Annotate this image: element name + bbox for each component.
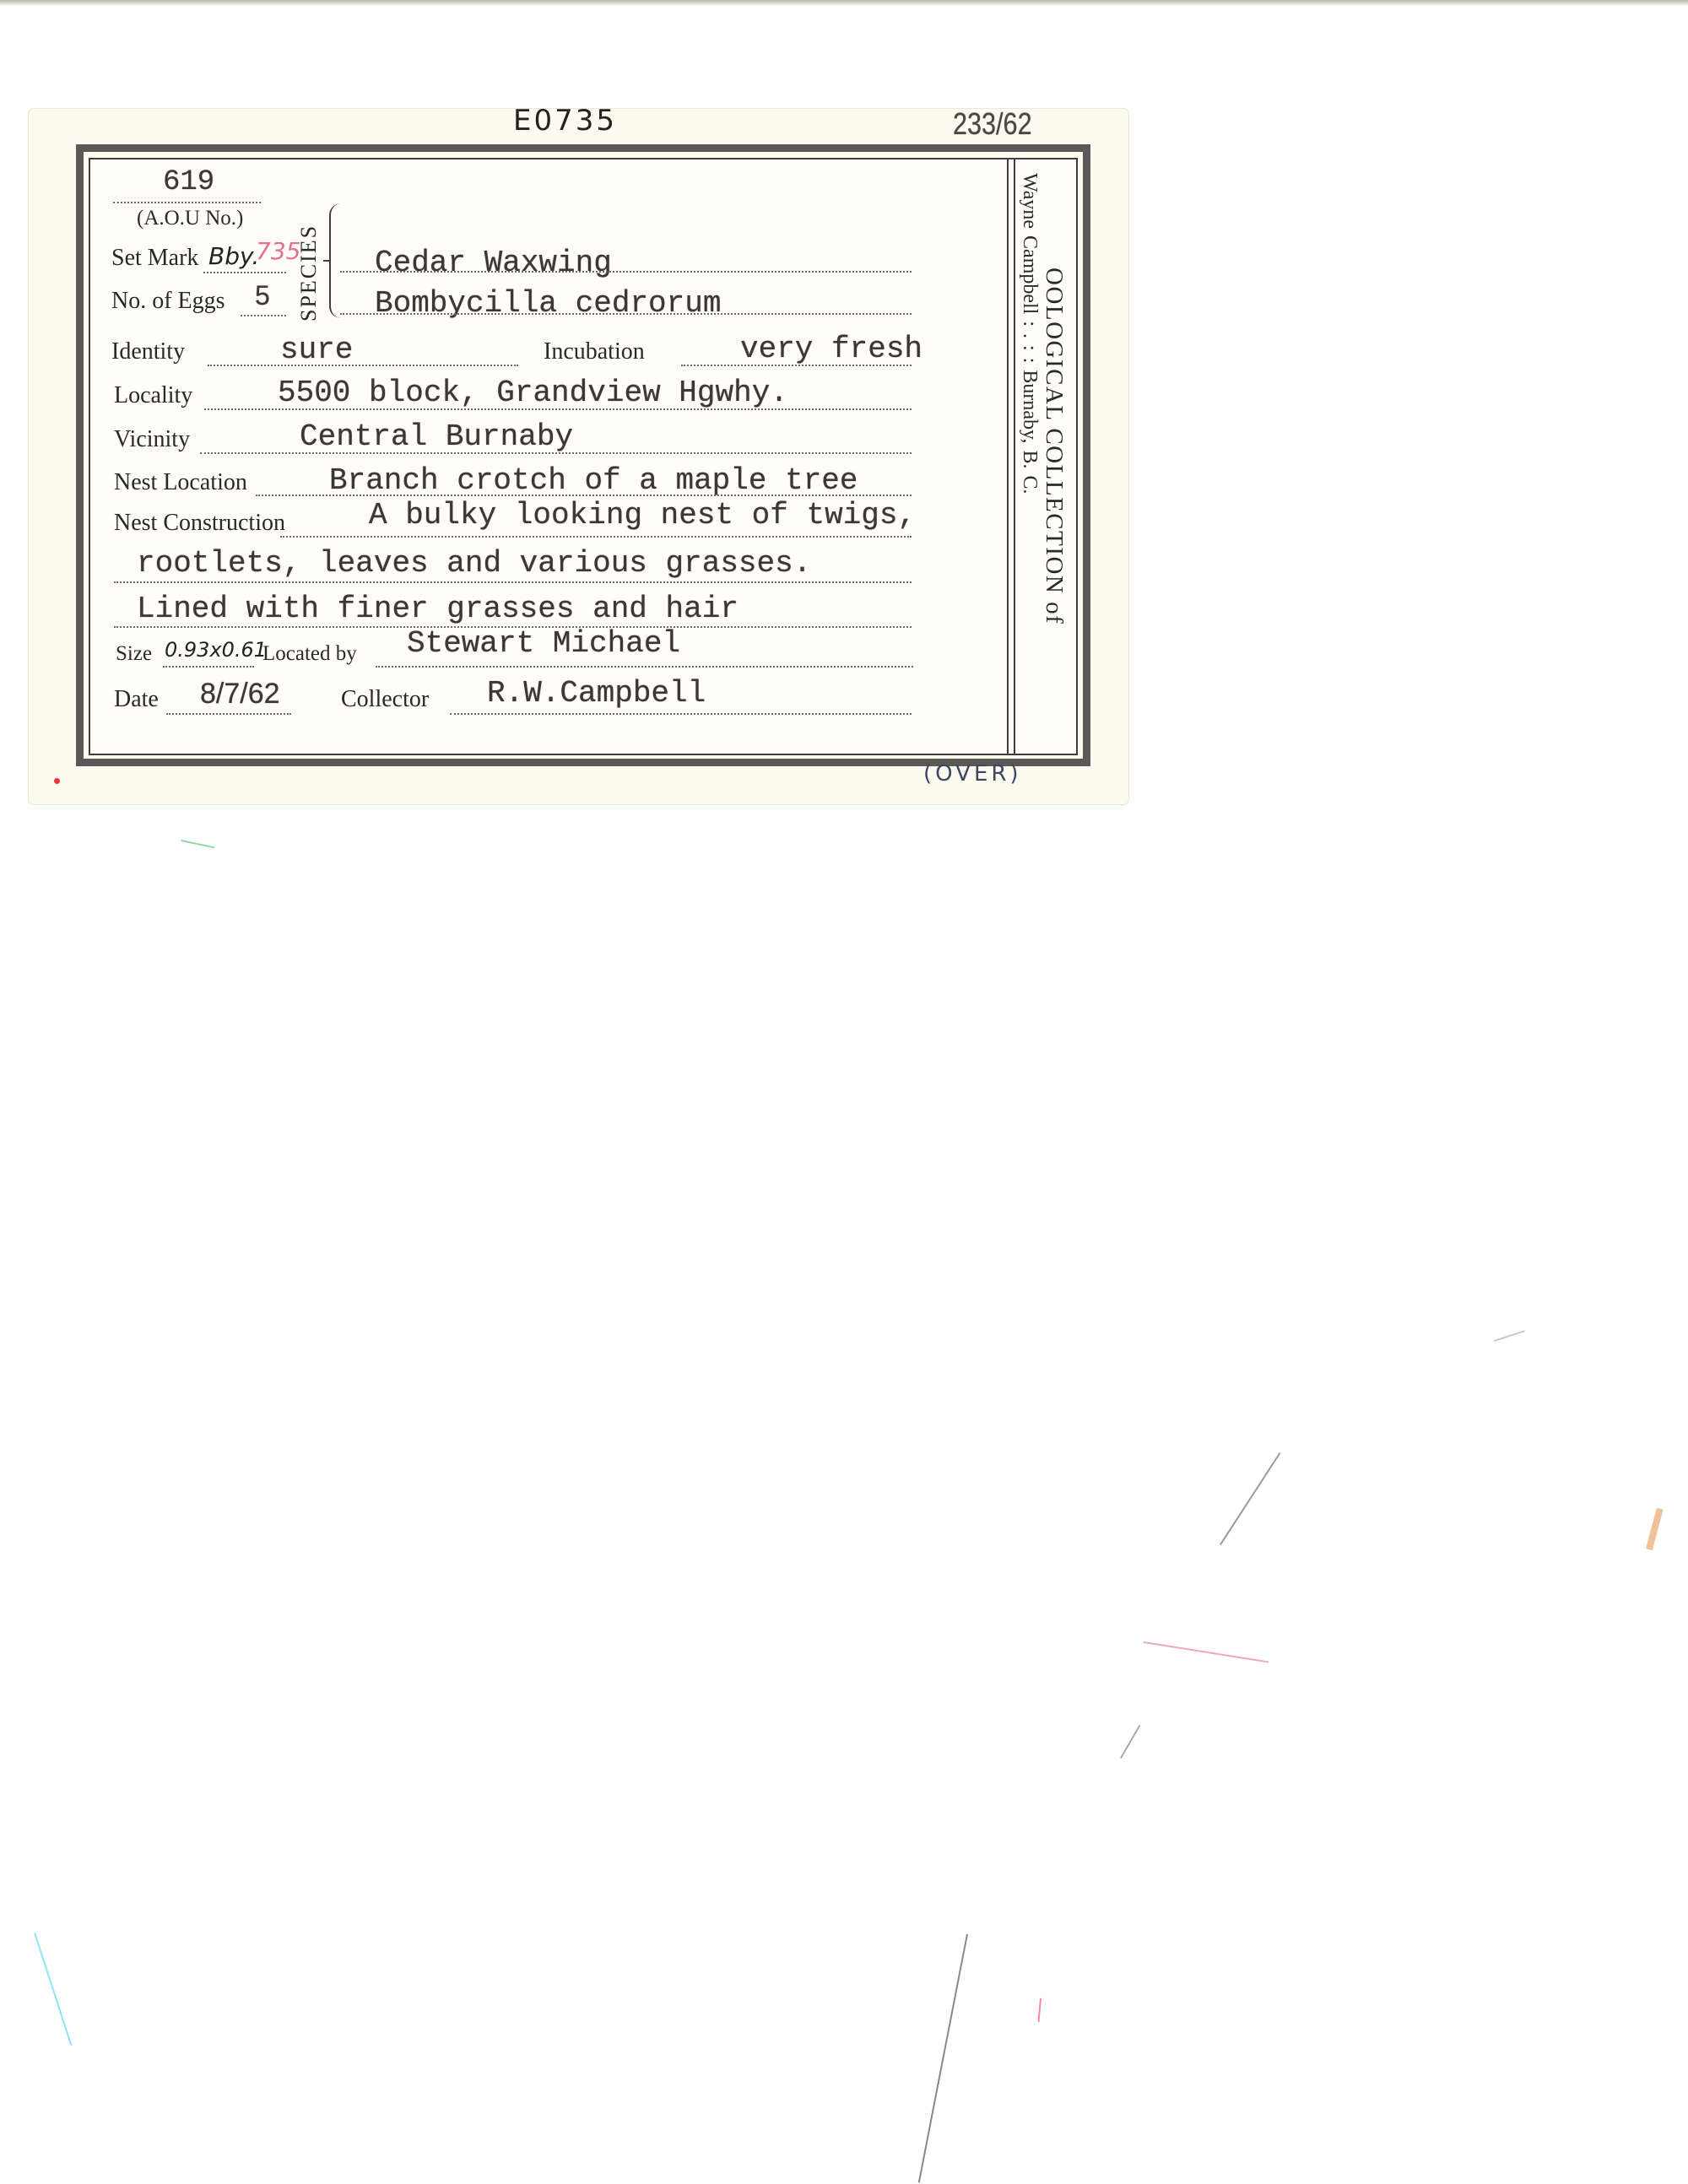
species-common-line [340, 271, 912, 273]
scan-artifact [1038, 1998, 1041, 2022]
nest-construction-label: Nest Construction [114, 510, 285, 537]
identity-line [208, 365, 518, 366]
eggs-label: No. of Eggs [111, 288, 225, 315]
side-divider [1007, 159, 1009, 754]
scan-artifact [1220, 1452, 1280, 1545]
set-reference: 233/62 [953, 106, 1032, 142]
scan-artifact [1646, 1508, 1664, 1550]
species-scientific-name: Bombycilla cedrorum [375, 286, 721, 321]
scan-edge-shadow [0, 0, 1688, 6]
size-label: Size [116, 642, 152, 666]
species-scientific-line [340, 313, 912, 315]
collection-owner: Wayne Campbell : . : : Burnaby, B. C. [1018, 173, 1041, 494]
eggs-value: 5 [255, 280, 270, 311]
scan-artifact [181, 840, 215, 848]
nest-construction-line-2 [114, 581, 912, 583]
locality-value: 5500 block, Grandview Hgwhy. [278, 376, 788, 410]
nest-construction-text-1: A bulky looking nest of twigs, [369, 498, 916, 532]
species-common-name: Cedar Waxwing [375, 246, 612, 280]
catalog-number: E0735 [513, 104, 617, 138]
nest-location-label: Nest Location [114, 469, 247, 496]
incubation-label: Incubation [544, 338, 645, 365]
scan-artifact [1494, 1330, 1525, 1342]
set-mark-label: Set Mark [111, 245, 198, 272]
egg-set-data-card: E0735 233/62 OOLOGICAL COLLECTION of Way… [29, 109, 1128, 804]
identity-value: sure [280, 332, 353, 367]
red-mark [54, 778, 60, 784]
aou-label: (A.O.U No.) [137, 207, 243, 230]
set-mark-line [203, 272, 286, 273]
species-brace-tip [323, 260, 330, 262]
located-by-line [376, 666, 913, 668]
nest-construction-text-2: rootlets, leaves and various grasses. [137, 546, 811, 581]
eggs-line [241, 315, 286, 316]
collection-title: OOLOGICAL COLLECTION of [1040, 268, 1068, 624]
nest-location-value: Branch crotch of a maple tree [329, 463, 858, 498]
aou-number: 619 [163, 166, 214, 198]
date-line [166, 713, 291, 715]
species-label: SPECIES [296, 224, 322, 322]
located-by-value: Stewart Michael [407, 626, 680, 661]
over-note: (OVER) [923, 761, 1022, 787]
collection-side-panel: OOLOGICAL COLLECTION of Wayne Campbell :… [1017, 159, 1076, 754]
located-by-label: Located by [262, 642, 357, 666]
locality-label: Locality [114, 382, 192, 409]
set-mark-number: 735 [256, 237, 300, 265]
vicinity-value: Central Burnaby [300, 419, 573, 454]
scan-artifact [1120, 1725, 1140, 1759]
collector-line [450, 713, 912, 715]
aou-underline [113, 202, 261, 203]
side-divider [1014, 159, 1015, 754]
set-mark-prefix: Bby. [208, 242, 259, 270]
scan-artifact [1144, 1641, 1269, 1662]
size-line [163, 666, 254, 668]
collector-label: Collector [341, 686, 429, 713]
vicinity-label: Vicinity [114, 426, 190, 453]
nest-construction-text-3: Lined with finer grasses and hair [137, 592, 738, 626]
scan-artifact [34, 1933, 72, 2046]
date-value: 8/7/62 [200, 678, 280, 711]
species-brace [329, 203, 344, 318]
date-label: Date [114, 686, 159, 713]
incubation-value: very fresh [740, 332, 922, 366]
collector-value: R.W.Campbell [487, 676, 706, 711]
inner-frame: OOLOGICAL COLLECTION of Wayne Campbell :… [89, 158, 1078, 755]
size-value: 0.93x0.61 [165, 638, 267, 662]
nest-construction-line-1 [280, 536, 912, 538]
scan-artifact [918, 1934, 968, 2183]
identity-label: Identity [111, 338, 185, 365]
